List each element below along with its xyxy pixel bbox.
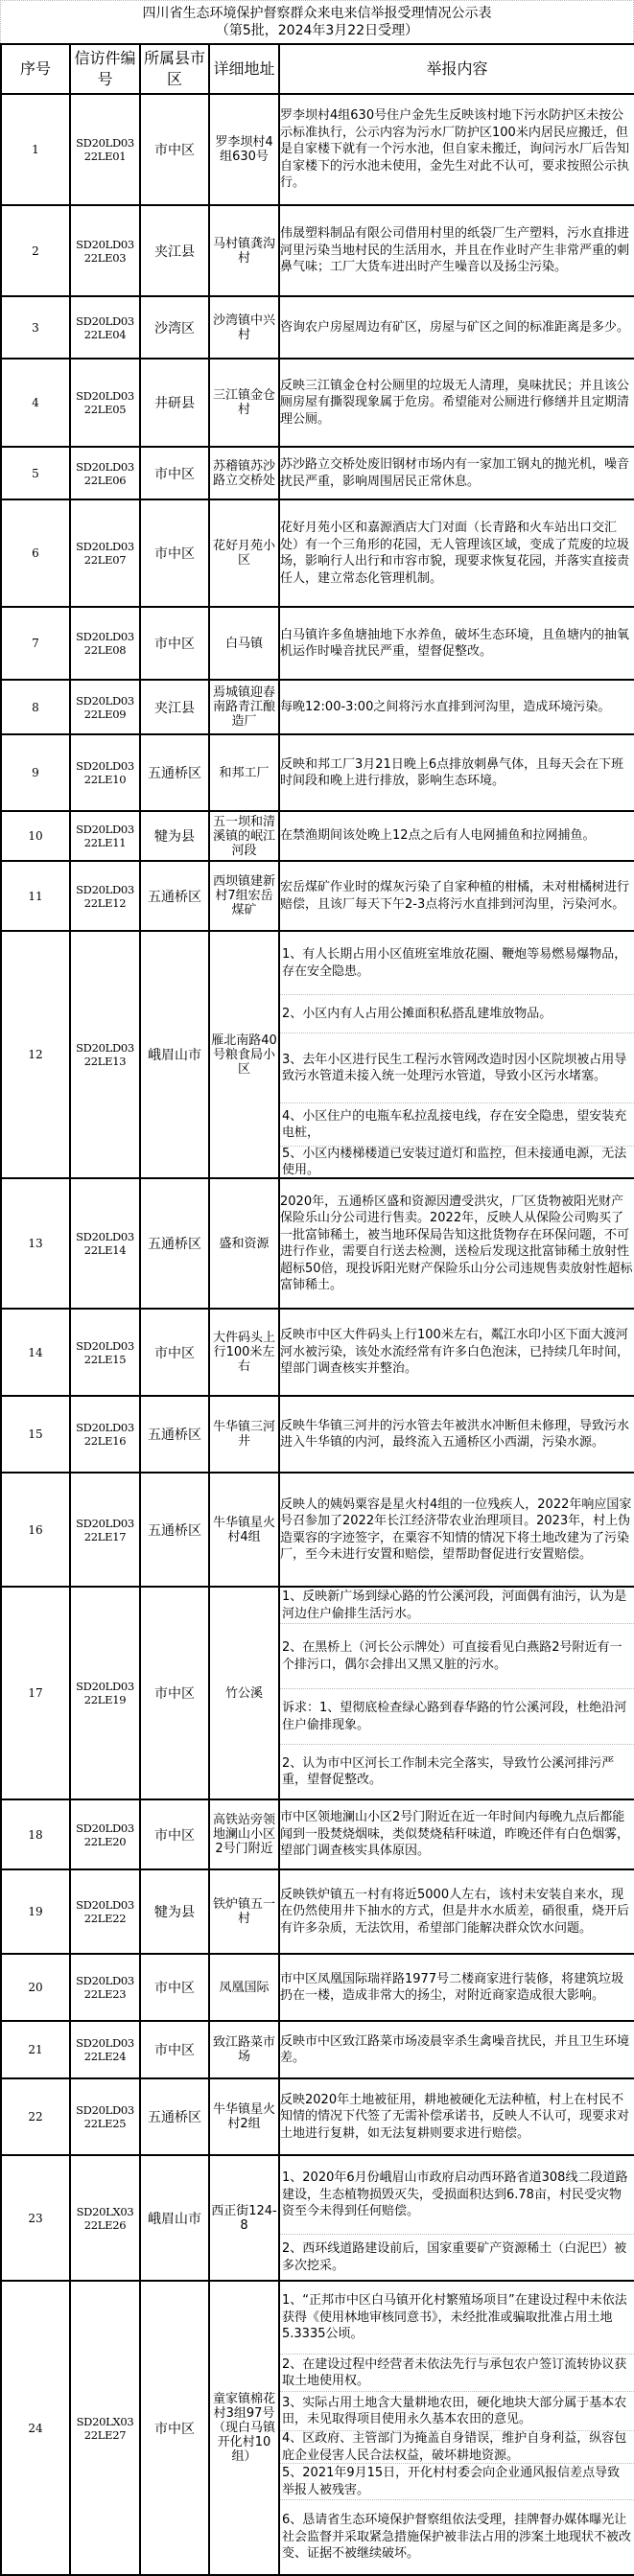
cell-county: 沙湾区 [140,296,209,359]
code-line-1: SD20LD03 [71,461,139,473]
table-row: 8SD20LD0322LE09夹江县焉城镇迎春南路青江酿造厂每晚12:00-3:… [1,680,634,734]
cell-county: 井研县 [140,359,209,447]
cell-content: 1、“正邦市中区白马镇开化村繁殖场项目”在建设过程中未依法获得《使用林地审核同意… [279,2281,634,2575]
cell-seq: 3 [1,296,70,359]
cell-content: 反映2020年土地被征用，耕地被硬化无法种植，村上在村民不知情的情况下代签了无需… [279,2078,634,2155]
table-row: 15SD20LD0322LE16五通桥区牛华镇三河井反映牛华镇三河井的污水管去年… [1,1396,634,1473]
cell-address: 苏稽镇苏沙路立交桥处 [209,447,279,499]
cell-address: 西坝镇建新村7组宏岳煤矿 [209,861,279,931]
table-row: 14SD20LD0322LE15市中区大件码头上行100米左右反映市中区大件码头… [1,1309,634,1396]
table-title: 四川省生态环境保护督察群众来电来信举报受理情况公示表 （第5批，2024年3月2… [0,0,634,43]
content-item: 2、在建设过程中经营者未依法先行与承包农户签订流转协议获取土地使用权。 [280,2355,634,2392]
cell-address: 雁北南路40号粮食局小区 [209,931,279,1178]
content-item-text: 3、去年小区进行民生工程污水管网改造时因小区院坝被占用导致污水管道未接入统一处理… [282,1052,632,1085]
code-line-1: SD20LD03 [71,1231,139,1242]
cell-county: 五通桥区 [140,1473,209,1587]
cell-content: 花好月苑小区和嘉源酒店大门对面（长青路和火车站出口交汇处）有一个三角形的花园，无… [279,499,634,607]
cell-address: 高铁站旁领地澜山小区2号门附近 [209,1799,279,1869]
cell-seq: 13 [1,1178,70,1309]
cell-county: 市中区 [140,2021,209,2078]
code-line-1: SD20LD03 [71,1681,139,1692]
cell-address: 沙湾镇中兴村 [209,296,279,359]
content-item-text: 2、认为市中区河长工作制未完全落实，导致竹公溪河排污严重，望督促整改。 [282,1755,632,1789]
cell-code: SD20LD0322LE03 [70,205,140,296]
cell-address: 牛华镇星火村2组 [209,2078,279,2155]
code-line-2: 22LE01 [71,151,139,162]
cell-address: 花好月苑小区 [209,499,279,607]
cell-content: 反映三江镇金仓村公厕里的垃圾无人清理，臭味扰民；并且该公厕房屋有撕裂现象属于危房… [279,359,634,447]
cell-content: 宏岳煤矿作业时的煤灰污染了自家种植的柑橘，未对柑橘树进行赔偿，且该厂每天下午2-… [279,861,634,931]
cell-content: 在禁渔期间该处晚上12点之后有人电网捕鱼和拉网捕鱼。 [279,811,634,861]
code-line-1: SD20LD03 [71,2037,139,2049]
cell-county: 市中区 [140,1587,209,1799]
content-item: 2、小区内有人占用公摊面积私搭乱建堆放物品。 [280,995,634,1033]
content-item: 2、认为市中区河长工作制未完全落实，导致竹公溪河排污严重，望督促整改。 [280,1745,634,1799]
code-line-1: SD20LD03 [71,315,139,327]
code-line-1: SD20LD03 [71,2104,139,2116]
cell-address: 致江路菜市场 [209,2021,279,2078]
table-row: 22SD20LD0322LE25五通桥区牛华镇星火村2组反映2020年土地被征用… [1,2078,634,2155]
header-county: 所属县市区 [140,44,209,94]
cell-address: 三江镇金仓村 [209,359,279,447]
table-row: 11SD20LD0322LE12五通桥区西坝镇建新村7组宏岳煤矿宏岳煤矿作业时的… [1,861,634,931]
cell-seq: 2 [1,205,70,296]
code-line-1: SD20LD03 [71,1422,139,1433]
cell-address: 铁炉镇五一村 [209,1869,279,1954]
cell-code: SD20LD0322LE20 [70,1799,140,1869]
cell-content: 1、2020年6月份峨眉山市政府启动西环路省道308线二段道路建设，生态植物损毁… [279,2155,634,2281]
table-row: 16SD20LD0322LE17五通桥区牛华镇星火村4组反映人的姨妈粟容是星火村… [1,1473,634,1587]
content-item: 6、恳请省生态环境保护督察组依法受理，挂牌督办媒体曝光让社会监督并采取紧急措施保… [280,2500,634,2574]
cell-county: 五通桥区 [140,734,209,811]
cell-seq: 16 [1,1473,70,1587]
cell-county: 市中区 [140,1954,209,2021]
code-line-2: 22LE26 [71,2219,139,2231]
code-line-2: 22LE25 [71,2118,139,2129]
cell-address: 凤凰国际 [209,1954,279,2021]
cell-code: SD20LD0322LE09 [70,680,140,734]
content-item: 2、西环线道路建设前后，国家重要矿产资源稀土（白泥巴）被多次挖采。 [280,2235,634,2280]
cell-code: SD20LD0322LE05 [70,359,140,447]
cell-code: SD20LD0322LE14 [70,1178,140,1309]
table-row: 2SD20LD0322LE03夹江县马村镇龚沟村伟晟塑料制品有限公司借用村里的纸… [1,205,634,296]
cell-address: 焉城镇迎春南路青江酿造厂 [209,680,279,734]
code-line-1: SD20LD03 [71,824,139,835]
code-line-1: SD20LD03 [71,1899,139,1911]
content-item: 1、反映新广场到绿心路的竹公溪河段，河面偶有油污，认为是河边住户偷排生活污水。 [280,1588,634,1624]
cell-content: 苏沙路立交桥处废旧钢材市场内有一家加工钢丸的抛光机，噪音扰民严重，影响周围居民正… [279,447,634,499]
code-line-1: SD20LD03 [71,390,139,402]
table-row: 6SD20LD0322LE07市中区花好月苑小区花好月苑小区和嘉源酒店大门对面（… [1,499,634,607]
content-item-text: 5、2021年9月15日，开化村村委会向企业通风报信差点导致举报人被残害。 [282,2465,632,2498]
content-item-text: 2、小区内有人占用公摊面积私搭乱建堆放物品。 [282,1006,552,1023]
cell-county: 市中区 [140,2281,209,2575]
cell-code: SD20LD0322LE15 [70,1309,140,1396]
cell-seq: 18 [1,1799,70,1869]
cell-code: SD20LD0322LE08 [70,607,140,680]
cell-code: SD20LD0322LE13 [70,931,140,1178]
code-line-2: 22LE05 [71,404,139,415]
table-row: 23SD20LX0322LE26峨眉山市西正街124-81、2020年6月份峨眉… [1,2155,634,2281]
cell-code: SD20LD0322LE06 [70,447,140,499]
content-item-text: 1、“正邦市中区白马镇开化村繁殖场项目”在建设过程中未依法获得《使用林地审核同意… [282,2292,632,2343]
cell-county: 市中区 [140,607,209,680]
cell-county: 市中区 [140,447,209,499]
cell-content: 反映铁炉镇五一村有将近5000人左右，该村未安装自来水，现在仍然使用井下抽水的方… [279,1869,634,1954]
cell-county: 市中区 [140,499,209,607]
cell-address: 竹公溪 [209,1587,279,1799]
table-row: 4SD20LD0322LE05井研县三江镇金仓村反映三江镇金仓村公厕里的垃圾无人… [1,359,634,447]
code-line-2: 22LE10 [71,774,139,785]
cell-content: 反映人的姨妈粟容是星火村4组的一位残疾人，2022年响应国家号召参加了2022年… [279,1473,634,1587]
cell-code: SD20LD0322LE22 [70,1869,140,1954]
cell-county: 犍为县 [140,1869,209,1954]
cell-code: SD20LD0322LE01 [70,94,140,205]
title-line-2: （第5批，2024年3月22日受理） [1,22,633,39]
content-item: 3、实际占用土地含大量耕地农田，硬化地块大部分属于基本农田，未见取得项目使用永久… [280,2392,634,2431]
code-line-2: 22LE06 [71,475,139,486]
code-line-2: 22LE15 [71,1354,139,1365]
cell-content: 白马镇许多鱼塘抽地下水养鱼，破坏生态环境，且鱼塘内的抽氧机运作时噪音扰民严重，望… [279,607,634,680]
cell-seq: 6 [1,499,70,607]
cell-seq: 4 [1,359,70,447]
cell-seq: 15 [1,1396,70,1473]
code-line-1: SD20LD03 [71,1518,139,1529]
cell-code: SD20LD0322LE10 [70,734,140,811]
cell-content: 1、有人长期占用小区值班室堆放花圈、鞭炮等易燃易爆物品，存在安全隐患。2、小区内… [279,931,634,1178]
content-item: 2、在黑桥上（河长公示牌处）可直接看见白燕路2号附近有一个排污口，偶尔会排出又黑… [280,1624,634,1689]
cell-county: 峨眉山市 [140,2155,209,2281]
code-line-1: SD20LD03 [71,884,139,895]
cell-content: 2020年，五通桥区盛和资源因遭受洪灾，厂区货物被阳光财产保险乐山分公司进行售卖… [279,1178,634,1309]
cell-content: 咨询农户房屋周边有矿区，房屋与矿区之间的标准距离是多少。 [279,296,634,359]
code-line-1: SD20LD03 [71,695,139,707]
content-item: 1、有人长期占用小区值班室堆放花圈、鞭炮等易燃易爆物品，存在安全隐患。 [280,932,634,995]
table-row: 18SD20LD0322LE20市中区高铁站旁领地澜山小区2号门附近市中区领地澜… [1,1799,634,1869]
cell-content: 伟晟塑料制品有限公司借用村里的纸袋厂生产塑料，污水直排进河里污染当地村民的生活用… [279,205,634,296]
content-item: 5、小区内楼梯楼道已安装过道灯和监控，但未接通电源，无法使用。 [280,1147,634,1177]
table-row: 5SD20LD0322LE06市中区苏稽镇苏沙路立交桥处苏沙路立交桥处废旧钢材市… [1,447,634,499]
table-row: 20SD20LD0322LE23市中区凤凰国际市中区凤凰国际瑞祥路1977号二楼… [1,1954,634,2021]
code-line-2: 22LE11 [71,837,139,848]
cell-seq: 11 [1,861,70,931]
code-line-1: SD20LD03 [71,1975,139,1986]
cell-seq: 10 [1,811,70,861]
code-line-1: SD20LD03 [71,541,139,552]
code-line-2: 22LE27 [71,2429,139,2441]
content-item-text: 4、区政府、主管部门为掩盖自身错误，维护自身利益，纵容包庇企业侵害人民合法权益，… [282,2430,632,2464]
content-item: 4、小区住户的电瓶车私拉乱接电线，存在安全隐患，望安装充电桩， [280,1103,634,1147]
cell-seq: 12 [1,931,70,1178]
table-row: 1SD20LD0322LE01市中区罗李坝村4组630号罗李坝村4组630号住户… [1,94,634,205]
code-line-1: SD20LX03 [71,2416,139,2427]
cell-seq: 9 [1,734,70,811]
content-item-text: 2、在黑桥上（河长公示牌处）可直接看见白燕路2号附近有一个排污口，偶尔会排出又黑… [282,1639,632,1673]
cell-content: 1、反映新广场到绿心路的竹公溪河段，河面偶有油污，认为是河边住户偷排生活污水。2… [279,1587,634,1799]
code-line-2: 22LE24 [71,2051,139,2062]
cell-code: SD20LD0322LE24 [70,2021,140,2078]
code-line-1: SD20LD03 [71,1042,139,1054]
cell-code: SD20LX0322LE27 [70,2281,140,2575]
table-row: 3SD20LD0322LE04沙湾区沙湾镇中兴村咨询农户房屋周边有矿区，房屋与矿… [1,296,634,359]
cell-county: 五通桥区 [140,861,209,931]
cell-seq: 21 [1,2021,70,2078]
cell-address: 盛和资源 [209,1178,279,1309]
header-seq: 序号 [1,44,70,94]
code-line-1: SD20LD03 [71,1340,139,1352]
cell-content: 每晚12:00-3:00之间将污水直排到河沟里，造成环境污染。 [279,680,634,734]
cell-address: 牛华镇星火村4组 [209,1473,279,1587]
content-item-text: 5、小区内楼梯楼道已安装过道灯和监控，但未接通电源，无法使用。 [282,1146,632,1179]
content-item: 5、2021年9月15日，开化村村委会向企业通风报信差点导致举报人被残害。 [280,2464,634,2500]
code-line-2: 22LE19 [71,1694,139,1706]
cell-code: SD20LD0322LE16 [70,1396,140,1473]
code-line-1: SD20LD03 [71,631,139,642]
cell-seq: 20 [1,1954,70,2021]
code-line-2: 22LE13 [71,1056,139,1067]
code-line-2: 22LE03 [71,252,139,264]
code-line-1: SD20LD03 [71,239,139,250]
content-item-text: 3、实际占用土地含大量耕地农田，硬化地块大部分属于基本农田，未见取得项目使用永久… [282,2395,632,2428]
cell-seq: 5 [1,447,70,499]
content-item-text: 2、在建设过程中经营者未依法先行与承包农户签订流转协议获取土地使用权。 [282,2356,632,2390]
cell-county: 夹江县 [140,205,209,296]
header-row: 序号 信访件编号 所属县市区 详细地址 举报内容 [1,44,634,94]
code-line-2: 22LE14 [71,1244,139,1256]
table-body: 1SD20LD0322LE01市中区罗李坝村4组630号罗李坝村4组630号住户… [1,94,634,2575]
content-item-text: 1、反映新广场到绿心路的竹公溪河段，河面偶有油污，认为是河边住户偷排生活污水。 [282,1589,632,1622]
cell-code: SD20LD0322LE17 [70,1473,140,1587]
cell-seq: 24 [1,2281,70,2575]
content-item-text: 4、小区住户的电瓶车私拉乱接电线，存在安全隐患，望安装充电桩， [282,1108,632,1142]
code-line-2: 22LE17 [71,1531,139,1543]
cell-county: 市中区 [140,1799,209,1869]
cell-county: 市中区 [140,1309,209,1396]
code-line-1: SD20LD03 [71,760,139,772]
cell-county: 峨眉山市 [140,931,209,1178]
title-line-1: 四川省生态环境保护督察群众来电来信举报受理情况公示表 [1,5,633,22]
code-line-2: 22LE12 [71,897,139,909]
code-line-2: 22LE16 [71,1435,139,1447]
content-item: 1、2020年6月份峨眉山市政府启动西环路省道308线二段道路建设，生态植物损毁… [280,2156,634,2235]
cell-address: 罗李坝村4组630号 [209,94,279,205]
cell-code: SD20LD0322LE11 [70,811,140,861]
cell-address: 和邦工厂 [209,734,279,811]
cell-seq: 17 [1,1587,70,1799]
table-row: 24SD20LX0322LE27市中区童家镇棉花村3组97号（现白马镇开化村10… [1,2281,634,2575]
cell-seq: 1 [1,94,70,205]
cell-content: 反映市中区大件码头上行100米左右，粼江水印小区下面大渡河河水被污染，该处水流经… [279,1309,634,1396]
cell-content: 反映牛华镇三河井的污水管去年被洪水冲断但未修理，导致污水进入牛华镇的内河，最终流… [279,1396,634,1473]
cell-seq: 14 [1,1309,70,1396]
cell-address: 童家镇棉花村3组97号（现白马镇开化村10组） [209,2281,279,2575]
table-row: 9SD20LD0322LE10五通桥区和邦工厂反映和邦工厂3月21日晚上6点排放… [1,734,634,811]
cell-address: 西正街124-8 [209,2155,279,2281]
code-line-2: 22LE22 [71,1913,139,1924]
cell-county: 五通桥区 [140,1396,209,1473]
table-row: 7SD20LD0322LE08市中区白马镇白马镇许多鱼塘抽地下水养鱼，破坏生态环… [1,607,634,680]
code-line-1: SD20LD03 [71,137,139,149]
cell-county: 五通桥区 [140,2078,209,2155]
cell-county: 夹江县 [140,680,209,734]
cell-content: 罗李坝村4组630号住户金先生反映该村地下污水防护区未按公示标准执行，公示内容为… [279,94,634,205]
code-line-2: 22LE07 [71,554,139,566]
content-item: 1、“正邦市中区白马镇开化村繁殖场项目”在建设过程中未依法获得《使用林地审核同意… [280,2282,634,2355]
content-item-text: 1、有人长期占用小区值班室堆放花圈、鞭炮等易燃易爆物品，存在安全隐患。 [282,946,632,980]
header-code: 信访件编号 [70,44,140,94]
table-row: 19SD20LD0322LE22犍为县铁炉镇五一村反映铁炉镇五一村有将近5000… [1,1869,634,1954]
table-row: 21SD20LD0322LE24市中区致江路菜市场反映市中区致江路菜市场凌晨宰杀… [1,2021,634,2078]
cell-code: SD20LD0322LE23 [70,1954,140,2021]
cell-code: SD20LD0322LE07 [70,499,140,607]
cell-address: 马村镇龚沟村 [209,205,279,296]
cell-address: 牛华镇三河井 [209,1396,279,1473]
cell-county: 市中区 [140,94,209,205]
content-item-text: 诉求：1、望彻底检查绿心路到春华路的竹公溪河段，杜绝沿河住户偷排现象。 [282,1700,632,1733]
content-item: 3、去年小区进行民生工程污水管网改造时因小区院坝被占用导致污水管道未接入统一处理… [280,1033,634,1103]
table-row: 12SD20LD0322LE13峨眉山市雁北南路40号粮食局小区1、有人长期占用… [1,931,634,1178]
cell-code: SD20LD0322LE04 [70,296,140,359]
cell-code: SD20LD0322LE25 [70,2078,140,2155]
cell-seq: 19 [1,1869,70,1954]
content-item-text: 1、2020年6月份峨眉山市政府启动西环路省道308线二段道路建设，生态植物损毁… [282,2170,632,2220]
cell-seq: 22 [1,2078,70,2155]
cell-address: 五一坝和清溪镇的岷江河段 [209,811,279,861]
code-line-1: SD20LX03 [71,2206,139,2217]
complaints-table: 序号 信访件编号 所属县市区 详细地址 举报内容 1SD20LD0322LE01… [0,43,634,2576]
header-content: 举报内容 [279,44,634,94]
cell-address: 白马镇 [209,607,279,680]
cell-seq: 23 [1,2155,70,2281]
content-item-text: 2、西环线道路建设前后，国家重要矿产资源稀土（白泥巴）被多次挖采。 [282,2240,632,2274]
cell-content: 市中区领地澜山小区2号门附近在近一年时间内每晚九点后都能闻到一股焚烧烟味，类似焚… [279,1799,634,1869]
header-address: 详细地址 [209,44,279,94]
cell-county: 犍为县 [140,811,209,861]
code-line-2: 22LE04 [71,329,139,340]
cell-code: SD20LX0322LE26 [70,2155,140,2281]
code-line-2: 22LE09 [71,708,139,720]
code-line-1: SD20LD03 [71,1822,139,1834]
table-row: 10SD20LD0322LE11犍为县五一坝和清溪镇的岷江河段在禁渔期间该处晚上… [1,811,634,861]
cell-content: 反映和邦工厂3月21日晚上6点排放刺鼻气体，且每天会在下班时间段和晚上进行排放，… [279,734,634,811]
content-item-text: 6、恳请省生态环境保护督察组依法受理，挂牌督办媒体曝光让社会监督并采取紧急措施保… [282,2512,632,2563]
cell-seq: 8 [1,680,70,734]
cell-seq: 7 [1,607,70,680]
cell-address: 大件码头上行100米左右 [209,1309,279,1396]
cell-content: 市中区凤凰国际瑞祥路1977号二楼商家进行装修，将建筑垃圾扔在一楼，造成非常大的… [279,1954,634,2021]
cell-content: 反映市中区致江路菜市场凌晨宰杀生禽噪音扰民，并且卫生环境差。 [279,2021,634,2078]
code-line-2: 22LE08 [71,644,139,656]
table-row: 13SD20LD0322LE14五通桥区盛和资源2020年，五通桥区盛和资源因遭… [1,1178,634,1309]
cell-code: SD20LD0322LE19 [70,1587,140,1799]
cell-code: SD20LD0322LE12 [70,861,140,931]
cell-county: 五通桥区 [140,1178,209,1309]
content-item: 诉求：1、望彻底检查绿心路到春华路的竹公溪河段，杜绝沿河住户偷排现象。 [280,1689,634,1745]
content-item: 4、区政府、主管部门为掩盖自身错误，维护自身利益，纵容包庇企业侵害人民合法权益，… [280,2431,634,2464]
code-line-2: 22LE20 [71,1836,139,1847]
table-row: 17SD20LD0322LE19市中区竹公溪1、反映新广场到绿心路的竹公溪河段，… [1,1587,634,1799]
code-line-2: 22LE23 [71,1988,139,2000]
